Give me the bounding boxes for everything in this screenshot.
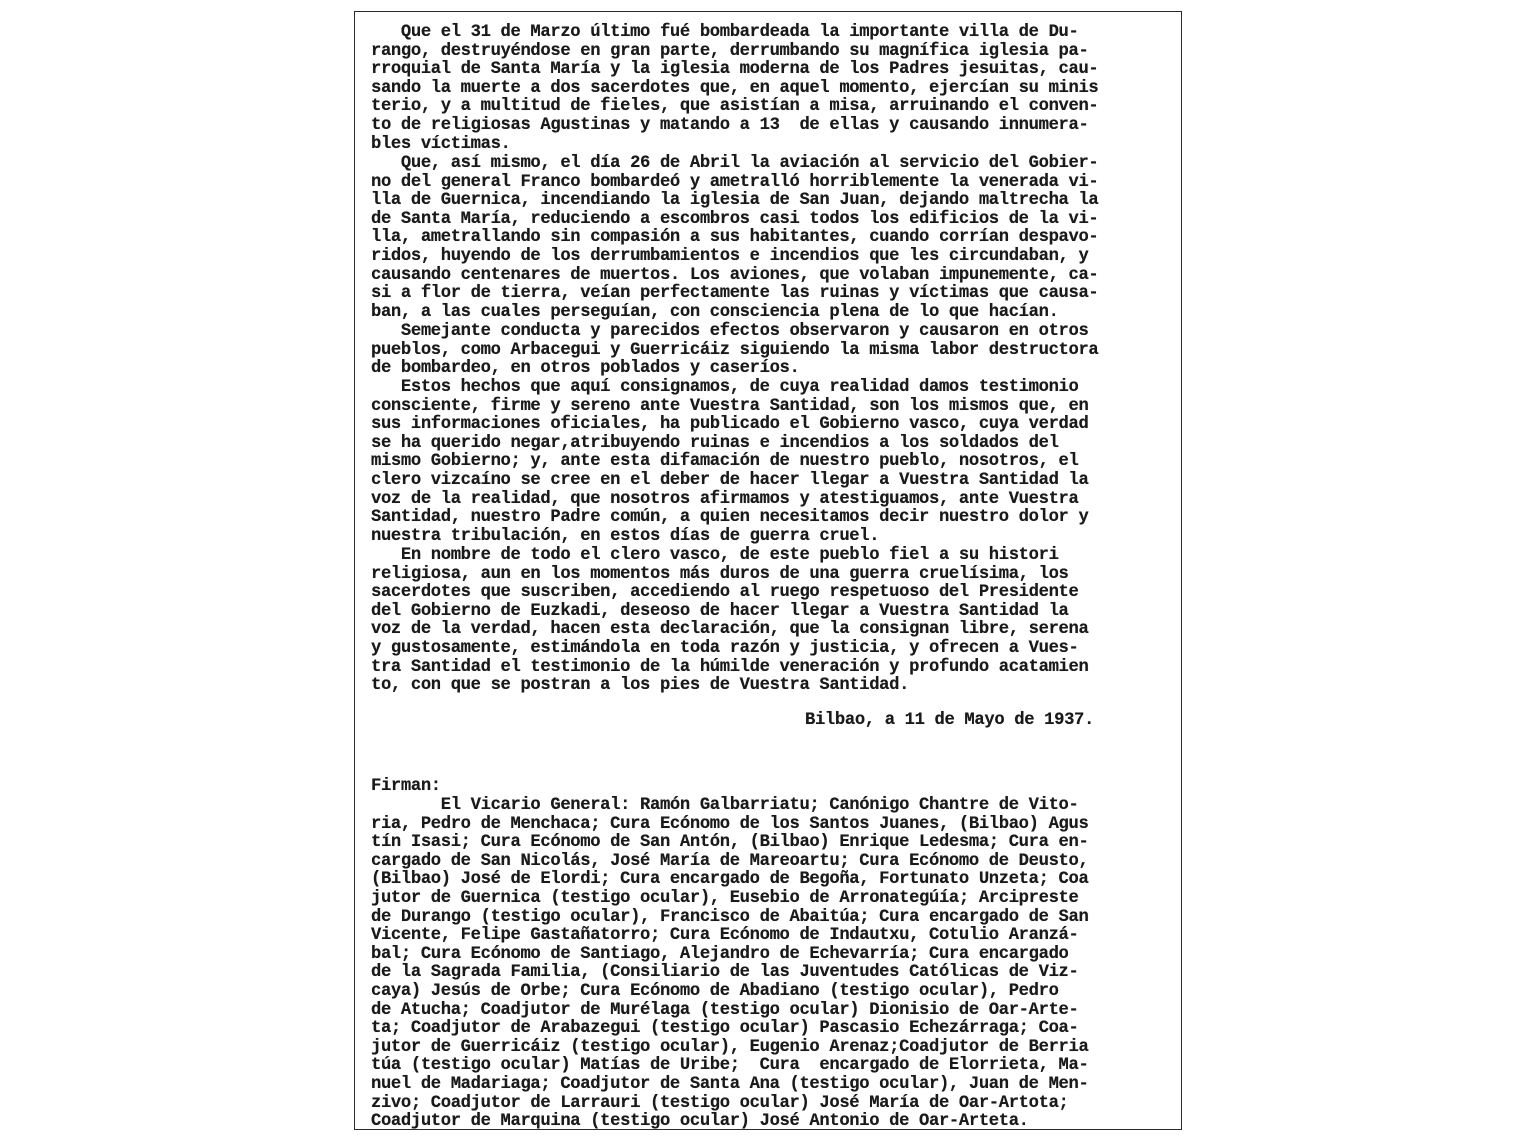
text-line: to de religiosas Agustinas y matando a 1… [371, 117, 1098, 136]
text-line: caya) Jesús de Orbe; Cura Ecónomo de Aba… [371, 983, 1088, 1002]
text-line: Semejante conducta y parecidos efectos o… [371, 323, 1098, 342]
text-line: to, con que se postran a los pies de Vue… [371, 677, 1088, 696]
text-line: bal; Cura Ecónomo de Santiago, Alejandro… [371, 946, 1088, 965]
text-line: sus informaciones oficiales, ha publicad… [371, 416, 1088, 435]
signatories-heading: Firman: [371, 778, 441, 797]
text-line: de bombardeo, en otros poblados y caserí… [371, 360, 1098, 379]
text-line: nuestra tribulación, en estos días de gu… [371, 528, 1088, 547]
paragraph-durango-bombing: Que el 31 de Marzo último fué bombardead… [371, 24, 1098, 154]
text-line: religiosa, aun en los momentos más duros… [371, 566, 1088, 585]
text-line: Santidad, nuestro Padre común, a quien n… [371, 509, 1088, 528]
text-line: sando la muerte a dos sacerdotes que, en… [371, 80, 1098, 99]
text-line: jutor de Guernica (testigo ocular), Euse… [371, 890, 1088, 909]
paragraph-testimony: Estos hechos que aquí consignamos, de cu… [371, 379, 1088, 546]
text-line: (Bilbao) José de Elordi; Cura encargado … [371, 871, 1088, 890]
text-line: de Santa María, reduciendo a escombros c… [371, 211, 1098, 230]
text-line: ridos, huyendo de los derrumbamientos e … [371, 248, 1098, 267]
text-line: mismo Gobierno; y, ante esta difamación … [371, 453, 1088, 472]
text-line: ban, a las cuales perseguían, con consci… [371, 304, 1098, 323]
text-line: cargado de San Nicolás, José María de Ma… [371, 853, 1088, 872]
text-line: jutor de Guerricáiz (testigo ocular), Eu… [371, 1039, 1088, 1058]
text-line: pueblos, como Arbacegui y Guerricáiz sig… [371, 342, 1098, 361]
text-line: El Vicario General: Ramón Galbarriatu; C… [371, 797, 1088, 816]
text-line: voz de la realidad, que nosotros afirmam… [371, 491, 1088, 510]
paragraph-guernica-bombing: Que, así mismo, el día 26 de Abril la av… [371, 155, 1098, 322]
text-line: tín Isasi; Cura Ecónomo de San Antón, (B… [371, 834, 1088, 853]
text-line: terio, y a multitud de fieles, que asist… [371, 98, 1098, 117]
text-line: Coadjutor de Marquina (testigo ocular) J… [371, 1113, 1088, 1132]
text-line: Estos hechos que aquí consignamos, de cu… [371, 379, 1088, 398]
text-line: lla, ametrallando sin compasión a sus ha… [371, 229, 1098, 248]
text-line: y gustosamente, estimándola en toda razó… [371, 640, 1088, 659]
text-line: voz de la verdad, hacen esta declaración… [371, 621, 1088, 640]
text-line: nuel de Madariaga; Coadjutor de Santa An… [371, 1076, 1088, 1095]
text-line: de Durango (testigo ocular), Francisco d… [371, 909, 1088, 928]
text-line: si a flor de tierra, veían perfectamente… [371, 285, 1098, 304]
text-line: rango, destruyéndose en gran parte, derr… [371, 43, 1098, 62]
signatories-list: El Vicario General: Ramón Galbarriatu; C… [371, 797, 1088, 1132]
text-line: En nombre de todo el clero vasco, de est… [371, 547, 1088, 566]
text-line: sacerdotes que suscriben, accediendo al … [371, 584, 1088, 603]
text-line: lla de Guernica, incendiando la iglesia … [371, 192, 1098, 211]
typewritten-letter-page: Que el 31 de Marzo último fué bombardead… [354, 11, 1182, 1130]
text-line: consciente, firme y sereno ante Vuestra … [371, 398, 1088, 417]
text-line: Que, así mismo, el día 26 de Abril la av… [371, 155, 1098, 174]
text-line: bles víctimas. [371, 136, 1098, 155]
text-line: de la Sagrada Familia, (Consiliario de l… [371, 964, 1088, 983]
text-line: no del general Franco bombardeó y ametra… [371, 174, 1098, 193]
text-line: tra Santidad el testimonio de la húmilde… [371, 659, 1088, 678]
text-line: del Gobierno de Euzkadi, deseoso de hace… [371, 603, 1088, 622]
dateline: Bilbao, a 11 de Mayo de 1937. [805, 712, 1094, 731]
text-line: de Atucha; Coadjutor de Murélaga (testig… [371, 1002, 1088, 1021]
text-line: causando centenares de muertos. Los avio… [371, 267, 1098, 286]
text-line: se ha querido negar,atribuyendo ruinas e… [371, 435, 1088, 454]
text-line: Que el 31 de Marzo último fué bombardead… [371, 24, 1098, 43]
text-line: ria, Pedro de Menchaca; Cura Ecónomo de … [371, 816, 1088, 835]
text-line: Vicente, Felipe Gastañatorro; Cura Ecóno… [371, 927, 1088, 946]
text-line: ta; Coadjutor de Arabazegui (testigo ocu… [371, 1020, 1088, 1039]
text-line: túa (testigo ocular) Matías de Uribe; Cu… [371, 1057, 1088, 1076]
paragraph-other-villages: Semejante conducta y parecidos efectos o… [371, 323, 1098, 379]
text-line: rroquial de Santa María y la iglesia mod… [371, 61, 1098, 80]
text-line: clero vizcaíno se cree en el deber de ha… [371, 472, 1088, 491]
text-line: zivo; Coadjutor de Larrauri (testigo ocu… [371, 1095, 1088, 1114]
paragraph-declaration: En nombre de todo el clero vasco, de est… [371, 547, 1088, 696]
